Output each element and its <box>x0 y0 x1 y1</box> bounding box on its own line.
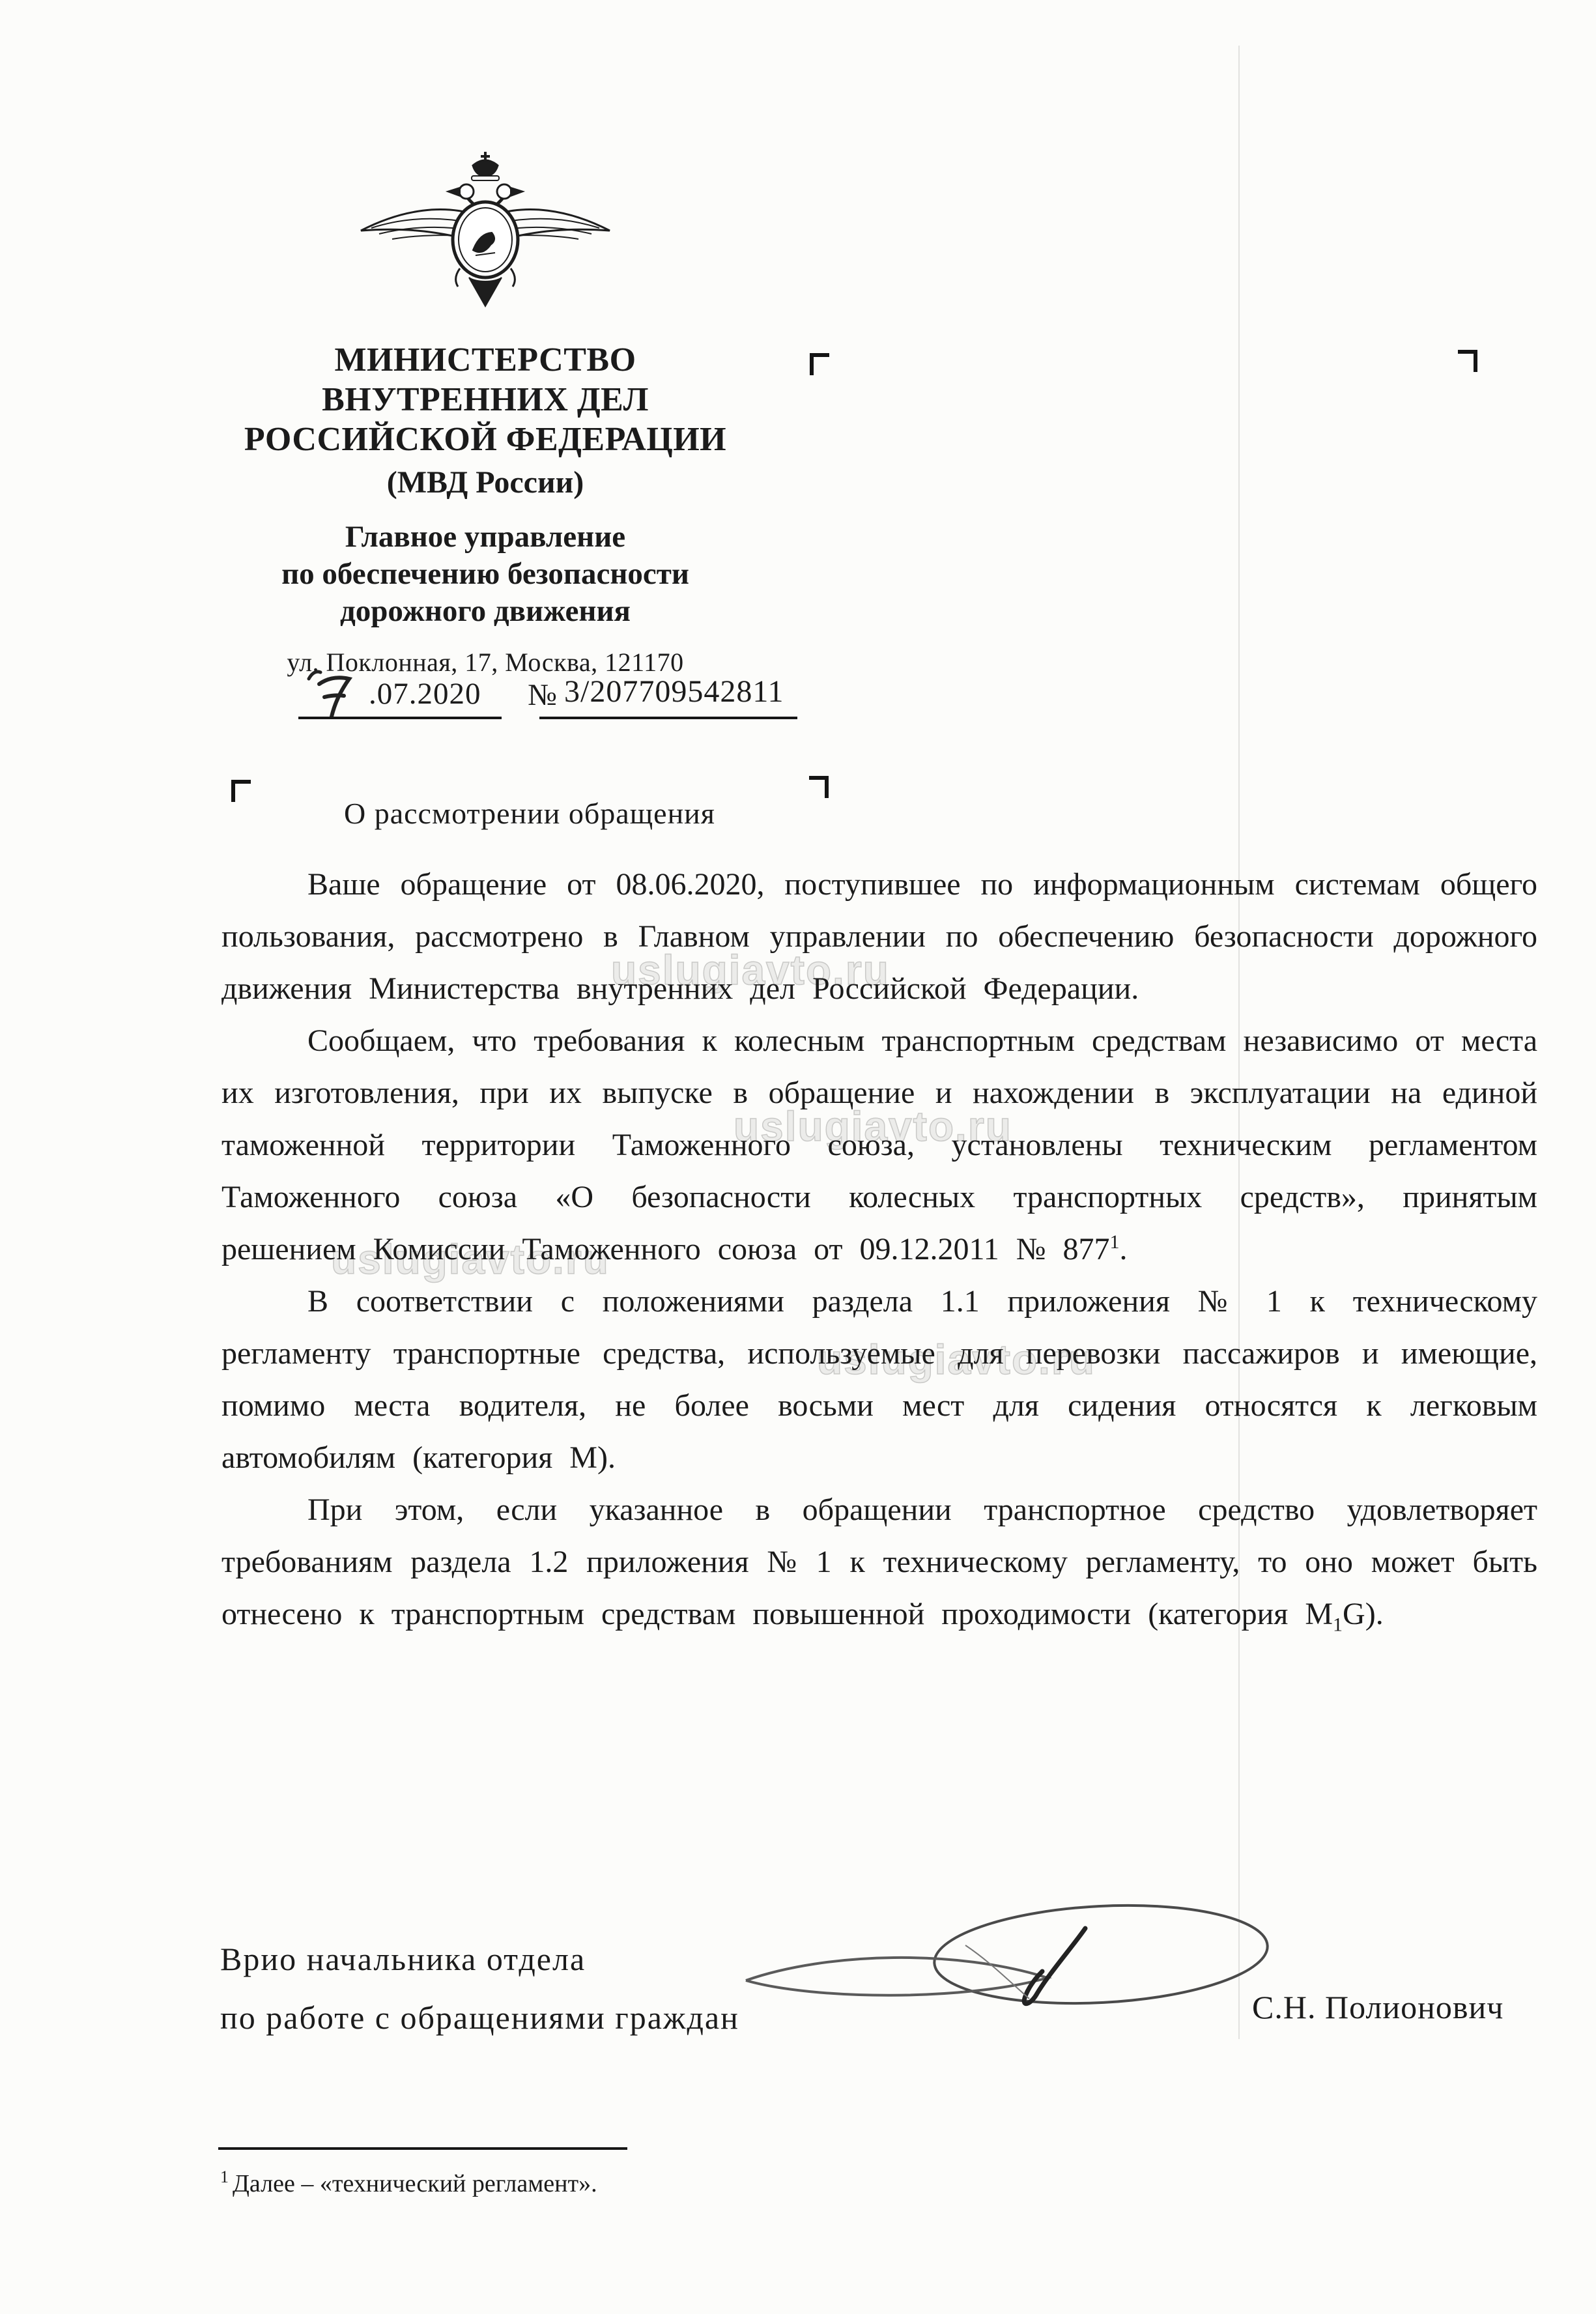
paragraph-text: При этом, если указанное в обращении тра… <box>221 1493 1537 1631</box>
number-sign: № <box>528 678 557 713</box>
department-name: Главное управление по обеспечению безопа… <box>215 519 756 630</box>
ministry-name-line: РОССИЙСКОЙ ФЕДЕРАЦИИ <box>215 420 756 459</box>
department-line: по обеспечению безопасности <box>215 556 756 593</box>
address-corner-mark-left <box>810 353 829 375</box>
paragraph-text: . <box>1119 1232 1127 1266</box>
number-underline <box>539 717 797 719</box>
date-underline <box>298 717 502 719</box>
signer-position-line: Врио начальника отдела <box>220 1930 739 1988</box>
footnote-text: Далее – «технический регламент». <box>233 2170 597 2197</box>
paragraph-text: Сообщаем, что требования к колесным тран… <box>221 1023 1537 1266</box>
address-corner-mark-right <box>1458 350 1477 372</box>
footnote: 1Далее – «технический регламент». <box>220 2169 597 2198</box>
paragraph-text: G). <box>1343 1597 1384 1631</box>
outgoing-number: 3/207709542811 <box>564 674 784 709</box>
body-paragraph: При этом, если указанное в обращении тра… <box>221 1484 1537 1640</box>
ministry-abbreviation: (МВД России) <box>215 464 756 500</box>
footnote-separator <box>218 2147 627 2150</box>
paragraph-text: В соответствии с положениями раздела 1.1… <box>221 1284 1537 1475</box>
paragraph-text: Ваше обращение от 08.06.2020, поступивше… <box>221 867 1537 1006</box>
signer-position: Врио начальника отдела по работе с обращ… <box>220 1930 739 2047</box>
scanned-letter-page: uslugiavto.ru uslugiavto.ru uslugiavto.r… <box>0 0 1596 2314</box>
footnote-marker: 1 <box>220 2167 229 2186</box>
signer-position-line: по работе с обращениями граждан <box>220 1988 739 2047</box>
body-paragraph: В соответствии с положениями раздела 1.1… <box>221 1276 1537 1484</box>
subject-corner-mark-left <box>231 780 251 802</box>
signer-name: С.Н. Полионович <box>1252 1988 1503 2026</box>
ministry-name-line: МИНИСТЕРСТВО <box>215 340 756 380</box>
ministry-name-line: ВНУТРЕННИХ ДЕЛ <box>215 380 756 420</box>
handwritten-day-digit <box>301 659 366 731</box>
handwritten-signature <box>736 1881 1283 2041</box>
letter-body: Ваше обращение от 08.06.2020, поступивше… <box>221 859 1537 1640</box>
department-line: дорожного движения <box>215 593 756 630</box>
outgoing-date: .07.2020 <box>369 676 481 711</box>
subject-line: О рассмотрении обращения <box>344 796 715 831</box>
letterhead: МИНИСТЕРСТВО ВНУТРЕННИХ ДЕЛ РОССИЙСКОЙ Ф… <box>215 340 756 678</box>
body-paragraph: Сообщаем, что требования к колесным тран… <box>221 1015 1537 1276</box>
sender-address: ул. Поклонная, 17, Москва, 121170 <box>215 647 756 678</box>
mvd-eagle-emblem-icon <box>352 150 619 311</box>
department-line: Главное управление <box>215 519 756 556</box>
subject-corner-mark-right <box>809 776 829 798</box>
category-subscript: 1 <box>1333 1614 1343 1636</box>
footnote-reference: 1 <box>1109 1231 1119 1253</box>
body-paragraph: Ваше обращение от 08.06.2020, поступивше… <box>221 859 1537 1015</box>
